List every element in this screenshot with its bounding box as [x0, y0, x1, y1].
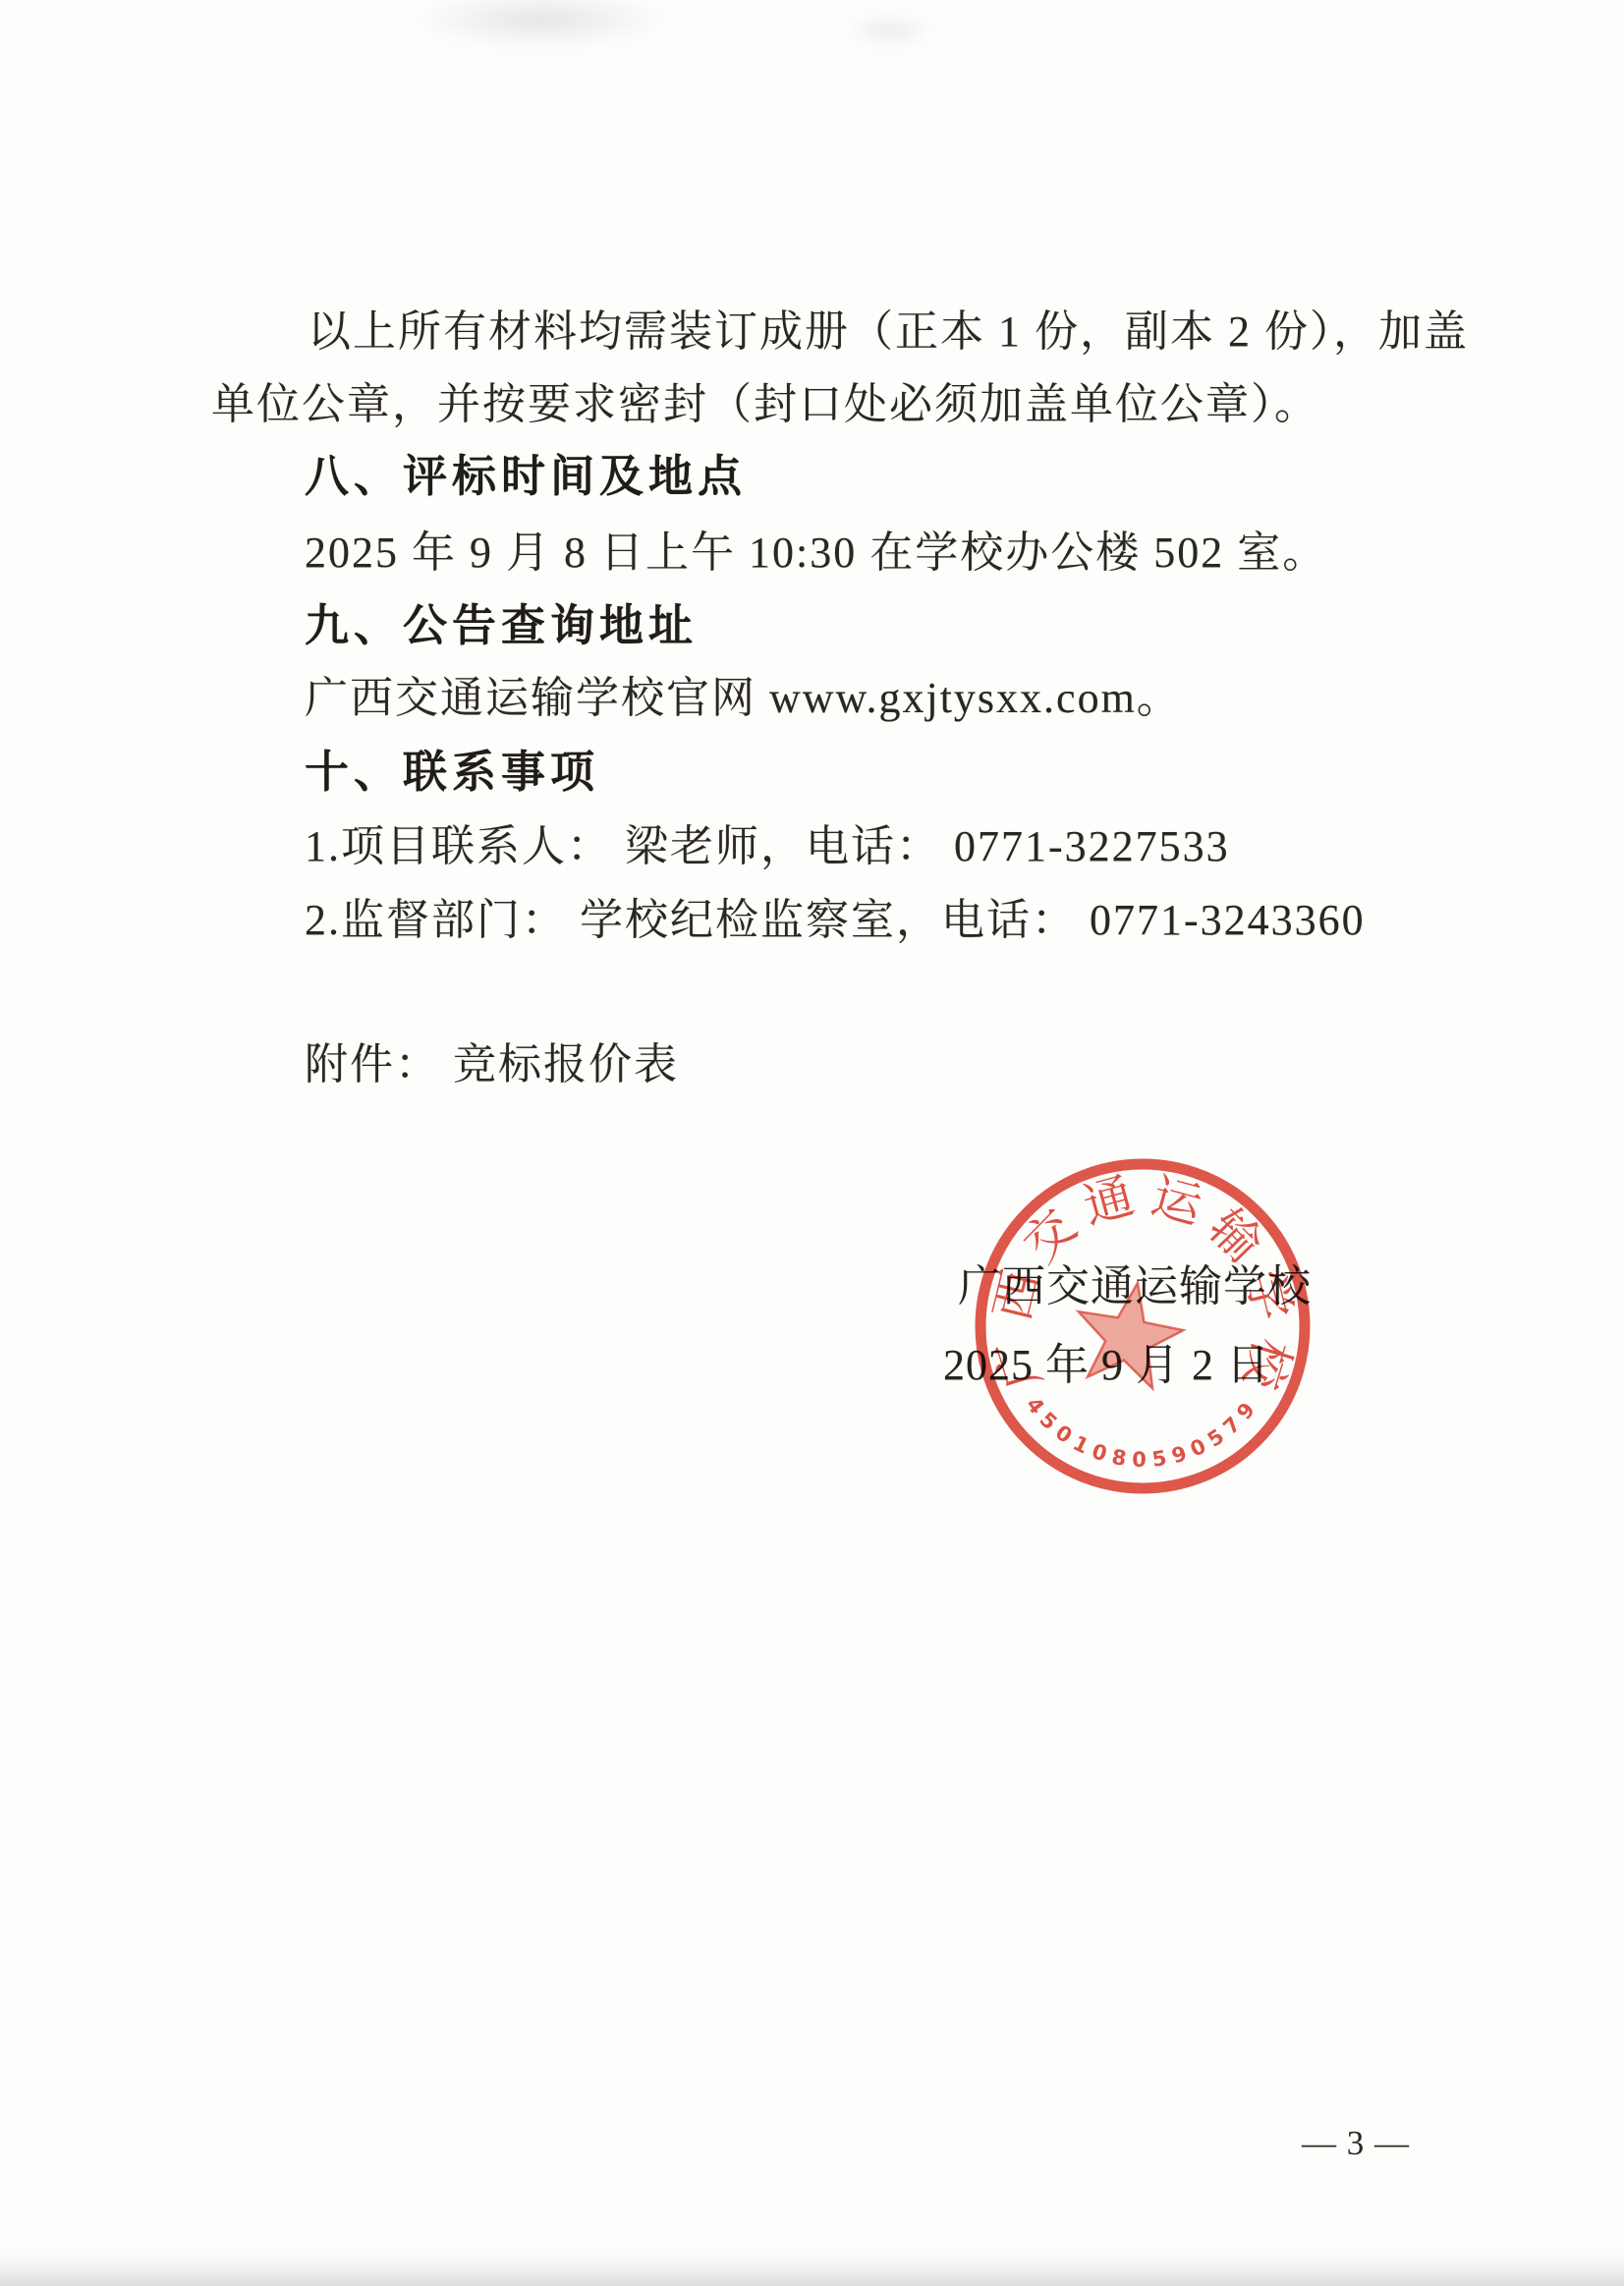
paragraph-intro-line2: 单位公章，并按要求密封（封口处必须加盖单位公章）。: [211, 383, 1319, 426]
document-page: 以上所有材料均需装订成册（正本 1 份，副本 2 份），加盖 单位公章，并按要求…: [0, 0, 1624, 2286]
seal-arc-char: 西: [984, 1265, 1049, 1326]
page-number: — 3 —: [1302, 2124, 1410, 2163]
scan-smudge-top-right: [845, 14, 933, 47]
contact-line-2: 2.监督部门： 学校纪检监察室，电话： 0771-3243360: [305, 899, 1366, 942]
attachment-line: 附件： 竞标报价表: [305, 1043, 679, 1087]
scan-noise-bottom-edge: [0, 2247, 1624, 2286]
seal-star-icon: [1079, 1283, 1184, 1388]
seal-arc-char: 学: [1236, 1265, 1301, 1326]
seal-graphic: 广 西 交 通 运 输 学 校 4501080590579: [974, 1157, 1312, 1495]
section-10-heading: 十、联系事项: [305, 750, 599, 794]
section-8-heading: 八、评标时间及地点: [305, 454, 747, 498]
section-8-body: 2025 年 9 月 8 日上午 10:30 在学校办公楼 502 室。: [305, 531, 1327, 575]
official-seal-stamp: 广 西 交 通 运 输 学 校 4501080590579: [974, 1157, 1312, 1495]
contact-line-1: 1.项目联系人： 梁老师，电话： 0771-3227533: [305, 825, 1230, 868]
scan-smudge-top-left: [413, 0, 668, 49]
section-9-body: 广西交通运输学校官网 www.gxjtysxx.com。: [305, 677, 1182, 720]
section-9-heading: 九、公告查询地址: [305, 603, 698, 647]
paragraph-intro-line1: 以上所有材料均需装订成册（正本 1 份，副本 2 份），加盖: [308, 310, 1469, 354]
